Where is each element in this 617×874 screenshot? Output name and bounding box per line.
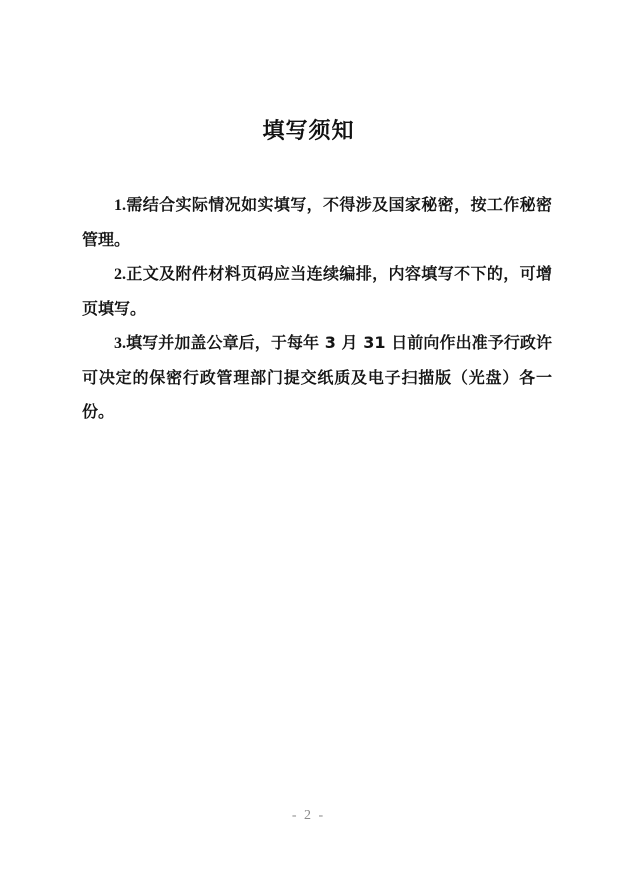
page-title: 填写须知 bbox=[0, 114, 617, 145]
item-number: 2. bbox=[114, 266, 126, 283]
instruction-item-2: 2.正文及附件材料页码应当连续编排，内容填写不下的，可增页填写。 bbox=[82, 257, 552, 326]
page-number: - 2 - bbox=[0, 808, 617, 824]
instruction-item-3: 3.填写并加盖公章后，于每年 3 月 31 日前向作出准予行政许可决定的保密行政… bbox=[82, 326, 552, 429]
instructions-body: 1.需结合实际情况如实填写，不得涉及国家秘密，按工作秘密管理。 2.正文及附件材… bbox=[82, 188, 552, 429]
item-number: 1. bbox=[114, 197, 126, 214]
item-text: 需结合实际情况如实填写，不得涉及国家秘密，按工作秘密管理。 bbox=[82, 195, 552, 249]
item-number: 3. bbox=[114, 335, 126, 352]
document-page: 填写须知 1.需结合实际情况如实填写，不得涉及国家秘密，按工作秘密管理。 2.正… bbox=[0, 0, 617, 874]
item-text: 填写并加盖公章后，于每年 3 月 31 日前向作出准予行政许可决定的保密行政管理… bbox=[82, 333, 552, 421]
item-text: 正文及附件材料页码应当连续编排，内容填写不下的，可增页填写。 bbox=[82, 264, 552, 318]
instruction-item-1: 1.需结合实际情况如实填写，不得涉及国家秘密，按工作秘密管理。 bbox=[82, 188, 552, 257]
